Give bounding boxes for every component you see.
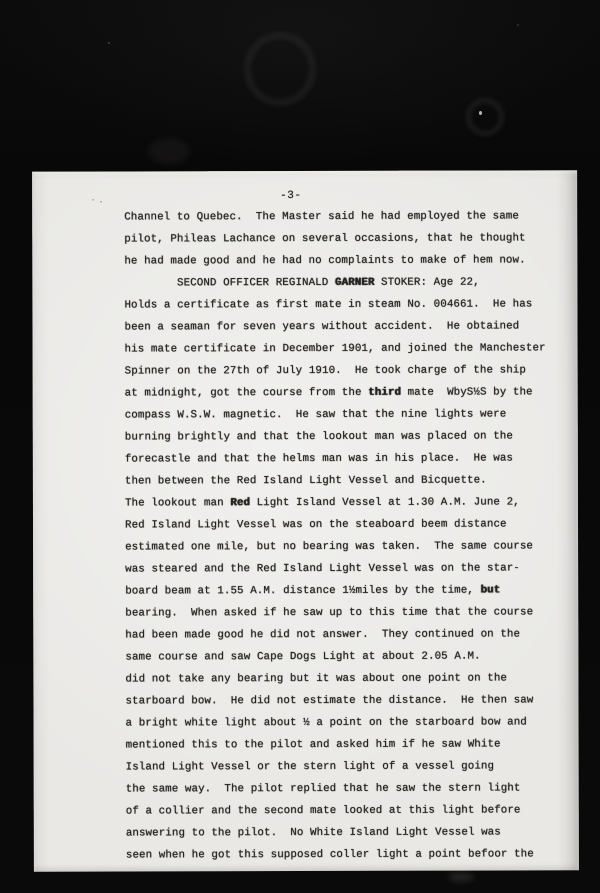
text-line: then between the Red Island Light Vessel…: [125, 469, 565, 492]
text-line: starboard bow. He did not estimate the d…: [125, 689, 565, 712]
pencil-mark: ·.: [90, 196, 106, 207]
film-smudge-top: [148, 138, 190, 164]
text-line: had been made good he did not answer. Th…: [125, 623, 565, 646]
text-line: Red Island Light Vessel was on the steab…: [125, 513, 565, 536]
document-page: ·. -3- Channel to Quebec. The Master sai…: [32, 170, 579, 871]
page-number: -3-: [280, 190, 301, 202]
text-line: same course and saw Cape Dogs Light at a…: [125, 645, 565, 668]
text-line: compass W.S.W. magnetic. He saw that the…: [125, 403, 565, 426]
text-line: was steared and the Red Island Light Ves…: [125, 557, 565, 580]
text-line: the same way. The pilot replied that he …: [126, 777, 566, 800]
film-dust-speck: [517, 24, 519, 26]
film-scratch-ring-small: [466, 98, 504, 136]
text-line: a bright white light about ½ a point on …: [126, 711, 566, 734]
text-line: bearing. When asked if he saw up to this…: [125, 601, 565, 624]
text-line: burning brightly and that the lookout ma…: [125, 425, 565, 448]
film-dust-speck: [479, 111, 482, 115]
text-line: his mate certificate in December 1901, a…: [125, 337, 565, 360]
text-line: of a collier and the second mate looked …: [126, 799, 566, 822]
text-line: Holds a certificate as first mate in ste…: [124, 293, 564, 316]
text-line: SECOND OFFICER REGINALD GARNER STOKER: A…: [124, 271, 564, 294]
text-line: estimated one mile, but no bearing was t…: [125, 535, 565, 558]
text-line: did not take any bearing but it was abou…: [125, 667, 565, 690]
text-line: at midnight, got the course from the thi…: [125, 381, 565, 404]
text-line: he had made good and he had no complaint…: [124, 249, 564, 272]
text-line: seen when he got this supposed coller li…: [126, 843, 566, 866]
text-line: answering to the pilot. No White Island …: [126, 821, 566, 844]
text-line: mentioned this to the pilot and asked hi…: [126, 733, 566, 756]
film-dust-speck: [108, 42, 110, 44]
text-line: been a seaman for seven years without ac…: [124, 315, 564, 338]
typewritten-text: Channel to Quebec. The Master said he ha…: [124, 205, 566, 866]
text-line: forecastle and that the helms man was in…: [125, 447, 565, 470]
microfilm-frame: { "scene": { "background_color": "#0a0a0…: [0, 0, 600, 893]
text-line: Island Light Vessel or the stern light o…: [126, 755, 566, 778]
text-line: Channel to Quebec. The Master said he ha…: [124, 205, 564, 228]
text-line: The lookout man Red Light Island Vessel …: [125, 491, 565, 514]
film-scratch-ring-large: [244, 32, 316, 106]
text-line: Spinner on the 27th of July 1910. He too…: [125, 359, 565, 382]
text-line: board beam at 1.55 A.M. distance 1½miles…: [125, 579, 565, 602]
text-line: pilot, Phileas Lachance on several occas…: [124, 227, 564, 250]
film-smudge-bottom: [448, 872, 474, 882]
